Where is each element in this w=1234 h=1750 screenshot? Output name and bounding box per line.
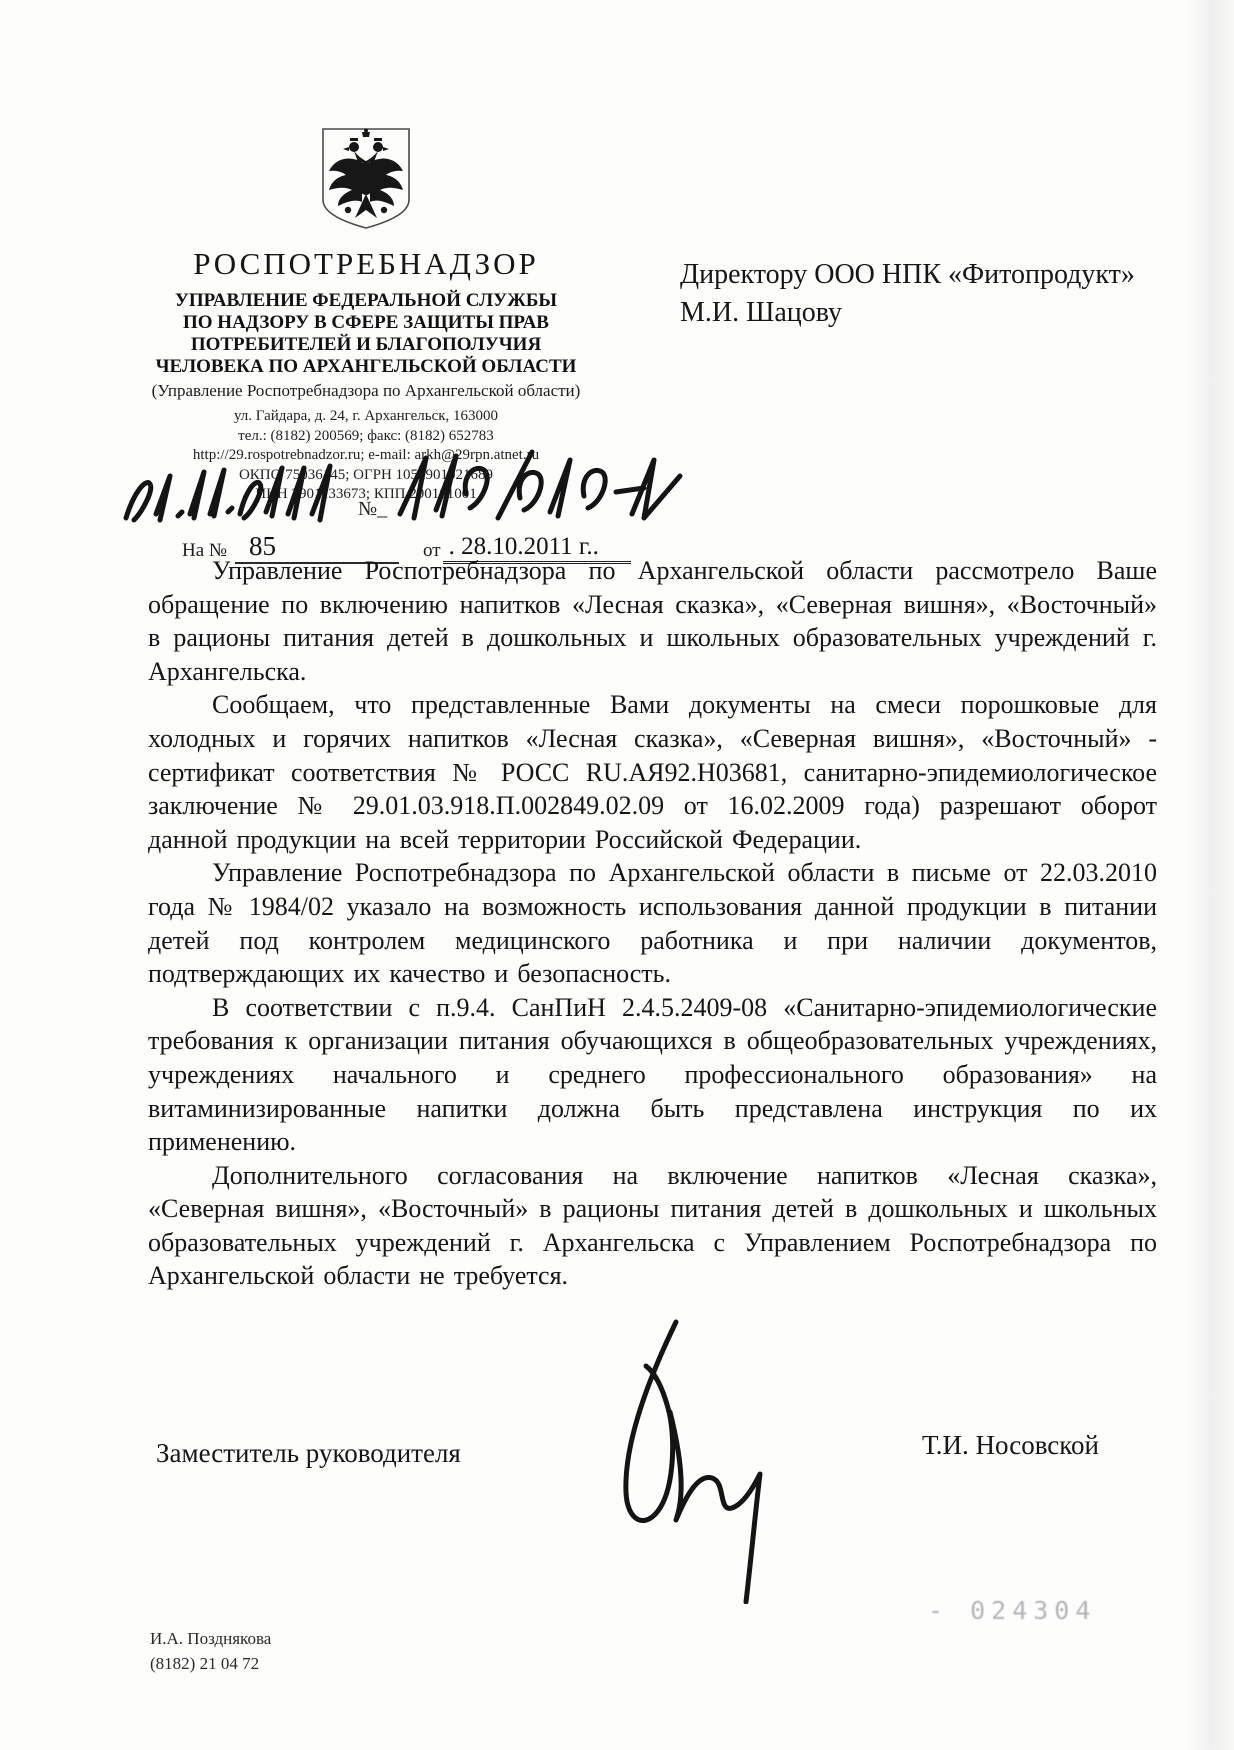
agency-name: РОСПОТРЕБНАДЗОР bbox=[120, 246, 612, 282]
org-name-line: ПОТРЕБИТЕЛЕЙ И БЛАГОПОЛУЧИЯ bbox=[120, 334, 612, 356]
recipient-line: Директору ООО НПК «Фитопродукт» bbox=[680, 256, 1135, 294]
org-full-name: УПРАВЛЕНИЕ ФЕДЕРАЛЬНОЙ СЛУЖБЫ ПО НАДЗОРУ… bbox=[120, 290, 612, 378]
body-paragraph: Сообщаем, что представленные Вами докуме… bbox=[148, 688, 1157, 856]
stamp-number: - 024304 bbox=[928, 1596, 1096, 1625]
body-paragraph: В соответствии с п.9.4. СанПиН 2.4.5.240… bbox=[148, 991, 1157, 1159]
org-name-line: УПРАВЛЕНИЕ ФЕДЕРАЛЬНОЙ СЛУЖБЫ bbox=[120, 290, 612, 312]
signer-position: Заместитель руководителя bbox=[156, 1438, 461, 1469]
body-paragraph: Дополнительного согласования на включени… bbox=[148, 1159, 1157, 1293]
org-name-line: ЧЕЛОВЕКА ПО АРХАНГЕЛЬСКОЙ ОБЛАСТИ bbox=[120, 356, 612, 378]
address-line: ул. Гайдара, д. 24, г. Архангельск, 1630… bbox=[120, 407, 612, 427]
scanned-letter-page: РОСПОТРЕБНАДЗОР УПРАВЛЕНИЕ ФЕДЕРАЛЬНОЙ С… bbox=[0, 0, 1234, 1750]
org-name-line: ПО НАДЗОРУ В СФЕРЕ ЗАЩИТЫ ПРАВ bbox=[120, 312, 612, 334]
recipient-line: М.И. Шацову bbox=[680, 294, 1135, 332]
signature-scribble bbox=[528, 1316, 800, 1604]
coat-of-arms-icon bbox=[120, 126, 612, 236]
executor-phone: (8182) 21 04 72 bbox=[150, 1651, 271, 1676]
recipient-block: Директору ООО НПК «Фитопродукт» М.И. Шац… bbox=[680, 256, 1135, 332]
body-paragraph: Управление Роспотребнадзора по Архангель… bbox=[148, 554, 1157, 688]
phone-fax-line: тел.: (8182) 200569; факс: (8182) 652783 bbox=[120, 427, 612, 447]
scan-edge-shadow bbox=[1186, 0, 1234, 1750]
ref-number-symbol: №_ bbox=[358, 498, 387, 521]
signer-name: Т.И. Носовской bbox=[922, 1430, 1099, 1461]
letter-body: Управление Роспотребнадзора по Архангель… bbox=[148, 554, 1157, 1293]
executor-block: И.А. Позднякова (8182) 21 04 72 bbox=[150, 1626, 271, 1676]
org-short-name: (Управление Роспотребнадзора по Архангел… bbox=[120, 381, 612, 401]
executor-name: И.А. Позднякова bbox=[150, 1626, 271, 1651]
body-paragraph: Управление Роспотребнадзора по Архангель… bbox=[148, 856, 1157, 990]
